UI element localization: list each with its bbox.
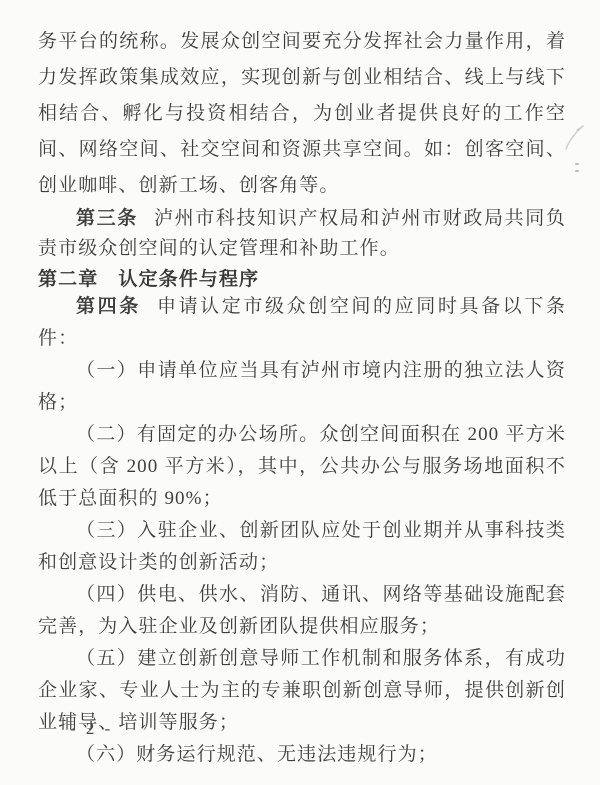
condition-item-5: （五）建立创新创意导师工作机制和服务体系，有成功企业家、专业人士为主的专兼职创新… [38,643,566,739]
scanned-document-page: 务平台的统称。发展众创空间要充分发挥社会力量作用，着力发挥政策集成效应，实现创新… [0,0,600,785]
article-4-paragraph: 第四条申请认定市级众创空间的应同时具备以下条件： [38,291,566,355]
page-number: - 2 - [70,719,113,739]
continuation-paragraph: 务平台的统称。发展众创空间要充分发挥社会力量作用，着力发挥政策集成效应，实现创新… [38,24,566,204]
condition-item-2: （二）有固定的办公场所。众创空间面积在 200 平方米以上（含 200 平方米）… [38,419,566,515]
scan-artifact-mark-icon [562,122,590,154]
chapter-heading: 第二章 认定条件与程序 [38,264,566,291]
scan-artifact-dots-icon [575,163,580,177]
condition-item-1: （一）申请单位应当具有泸州市境内注册的独立法人资格； [38,355,566,419]
condition-item-4: （四）供电、供水、消防、通讯、网络等基础设施配套完善，为入驻企业及创新团队提供相… [38,579,566,643]
condition-item-6: （六）财务运行规范、无违法违规行为； [38,739,566,771]
condition-item-3: （三）入驻企业、创新团队应处于创业期并从事科技类和创意设计类的创新活动； [38,515,566,579]
article-3-label: 第三条 [76,208,138,229]
document-body: 务平台的统称。发展众创空间要充分发挥社会力量作用，着力发挥政策集成效应，实现创新… [38,24,566,771]
article-3-paragraph: 第三条泸州市科技知识产权局和泸州市财政局共同负责市级众创空间的认定管理和补助工作… [38,204,566,264]
article-4-label: 第四条 [76,296,141,317]
